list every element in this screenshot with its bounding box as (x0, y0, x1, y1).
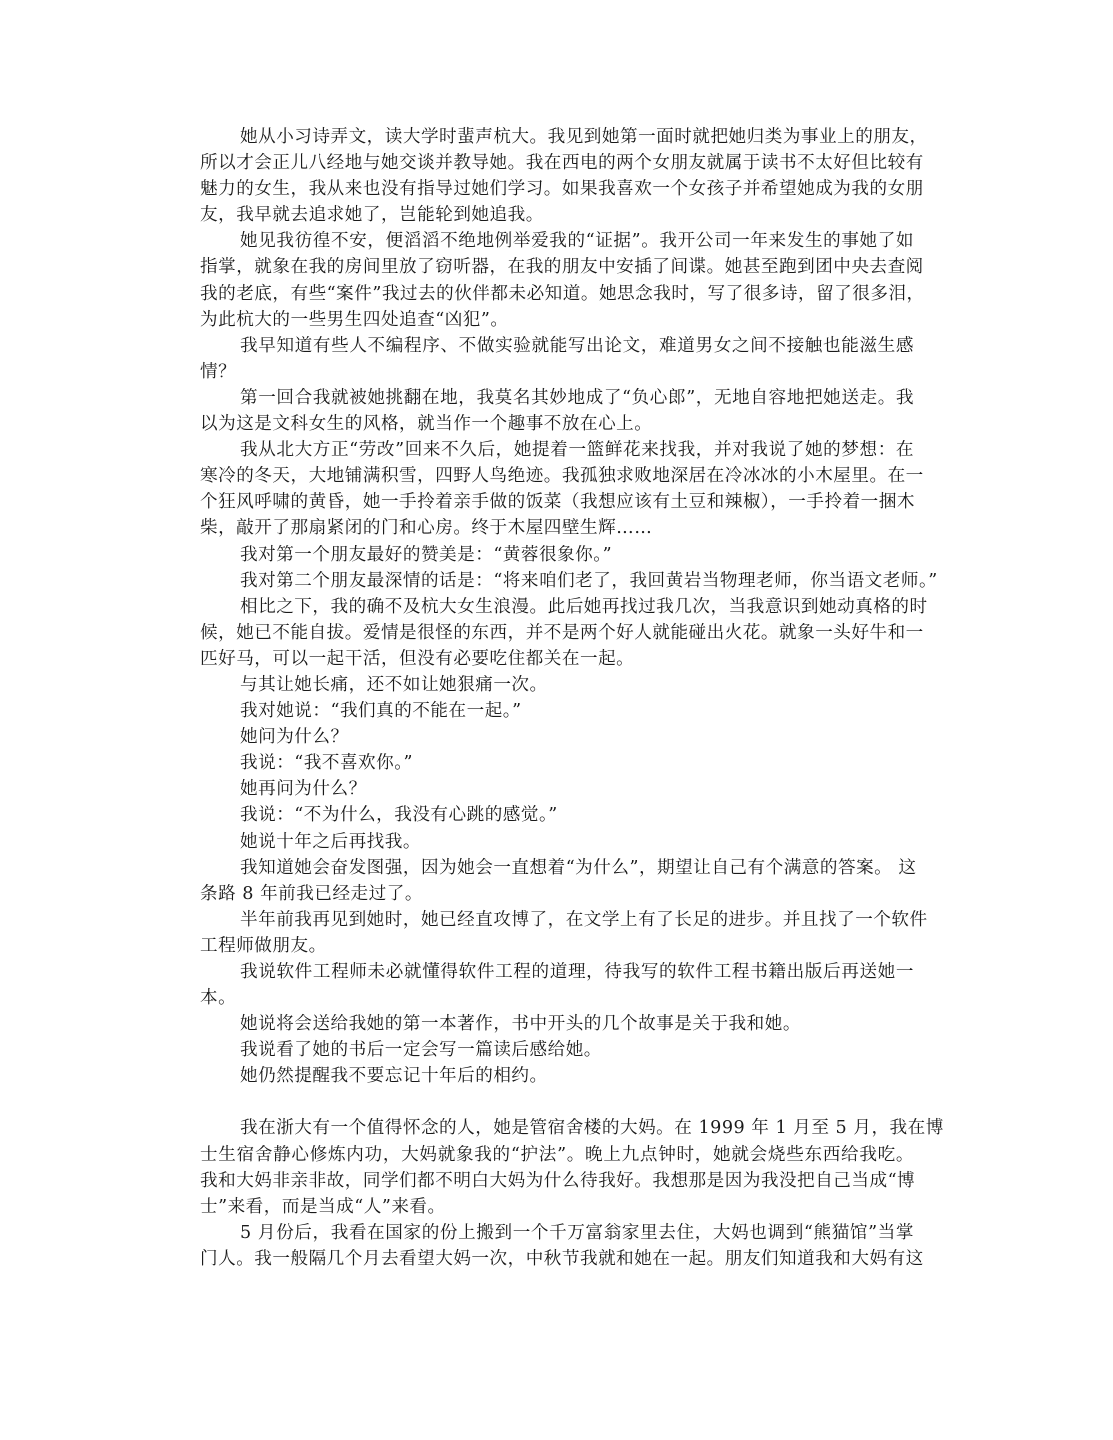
text-line: 我的老底，有些“案件”我过去的伙伴都未必知道。她思念我时，写了很多诗，留了很多泪… (200, 281, 914, 307)
paragraph: 我说软件工程师未必就懂得软件工程的道理，待我写的软件工程书籍出版后再送她一本。 (200, 959, 914, 1011)
text-line: 门人。我一般隔几个月去看望大妈一次，中秋节我就和她在一起。朋友们知道我和大妈有这 (200, 1246, 914, 1272)
text-line: 她再问为什么？ (200, 776, 914, 802)
paragraph: 我在浙大有一个值得怀念的人，她是管宿舍楼的大妈。在 1999 年 1 月至 5 … (200, 1115, 914, 1219)
text-line: 我说看了她的书后一定会写一篇读后感给她。 (200, 1037, 914, 1063)
text-line: 条路 8 年前我已经走过了。 (200, 881, 914, 907)
text-line: 我说：“不为什么，我没有心跳的感觉。” (200, 802, 914, 828)
text-line: 匹好马，可以一起干活，但没有必要吃住都关在一起。 (200, 646, 914, 672)
paragraph: 我从北大方正“劳改”回来不久后，她提着一篮鲜花来找我，并对我说了她的梦想：在寒冷… (200, 437, 914, 541)
text-line: 我对她说：“我们真的不能在一起。” (200, 698, 914, 724)
text-line: 第一回合我就被她挑翻在地，我莫名其妙地成了“负心郎”，无地自容地把她送走。我 (200, 385, 914, 411)
text-line: 我在浙大有一个值得怀念的人，她是管宿舍楼的大妈。在 1999 年 1 月至 5 … (200, 1115, 914, 1141)
text-line: 寒冷的冬天，大地铺满积雪，四野人鸟绝迹。我孤独求败地深居在冷冰冰的小木屋里。在一 (200, 463, 914, 489)
text-line: 我从北大方正“劳改”回来不久后，她提着一篮鲜花来找我，并对我说了她的梦想：在 (200, 437, 914, 463)
paragraph: 相比之下，我的确不及杭大女生浪漫。此后她再找过我几次，当我意识到她动真格的时候，… (200, 594, 914, 672)
paragraph: 第一回合我就被她挑翻在地，我莫名其妙地成了“负心郎”，无地自容地把她送走。我以为… (200, 385, 914, 437)
text-line: 工程师做朋友。 (200, 933, 914, 959)
text-line: 以为这是文科女生的风格，就当作一个趣事不放在心上。 (200, 411, 914, 437)
document-section: 她从小习诗弄文，读大学时蜚声杭大。我见到她第一面时就把她归类为事业上的朋友，所以… (200, 124, 914, 1089)
text-line: 我对第二个朋友最深情的话是：“将来咱们老了，我回黄岩当物理老师，你当语文老师。” (200, 568, 914, 594)
section-gap (200, 1089, 914, 1115)
paragraph: 我知道她会奋发图强，因为她会一直想着“为什么”，期望让自己有个满意的答案。 这条… (200, 855, 914, 907)
paragraph: 她问为什么？ (200, 724, 914, 750)
text-line: 她说十年之后再找我。 (200, 829, 914, 855)
text-line: 她问为什么？ (200, 724, 914, 750)
paragraph: 我早知道有些人不编程序、不做实验就能写出论文，难道男女之间不接触也能滋生感情？ (200, 333, 914, 385)
paragraph: 我说：“不为什么，我没有心跳的感觉。” (200, 802, 914, 828)
text-line: 我说软件工程师未必就懂得软件工程的道理，待我写的软件工程书籍出版后再送她一 (200, 959, 914, 985)
text-line: 5 月份后，我看在国家的份上搬到一个千万富翁家里去住，大妈也调到“熊猫馆”当掌 (200, 1220, 914, 1246)
text-line: 本。 (200, 985, 914, 1011)
text-line: 士”来看，而是当成“人”来看。 (200, 1194, 914, 1220)
text-line: 与其让她长痛，还不如让她狠痛一次。 (200, 672, 914, 698)
document-page: 她从小习诗弄文，读大学时蜚声杭大。我见到她第一面时就把她归类为事业上的朋友，所以… (200, 124, 914, 1272)
text-line: 候，她已不能自拔。爱情是很怪的东西，并不是两个好人就能碰出火花。就象一头好牛和一 (200, 620, 914, 646)
paragraph: 5 月份后，我看在国家的份上搬到一个千万富翁家里去住，大妈也调到“熊猫馆”当掌门… (200, 1220, 914, 1272)
paragraph: 她说将会送给我她的第一本著作，书中开头的几个故事是关于我和她。 (200, 1011, 914, 1037)
paragraph: 我说看了她的书后一定会写一篇读后感给她。 (200, 1037, 914, 1063)
paragraph: 她见我彷徨不安，便滔滔不绝地例举爱我的“证据”。我开公司一年来发生的事她了如指掌… (200, 228, 914, 332)
text-line: 为此杭大的一些男生四处追查“凶犯”。 (200, 307, 914, 333)
paragraph: 她从小习诗弄文，读大学时蜚声杭大。我见到她第一面时就把她归类为事业上的朋友，所以… (200, 124, 914, 228)
text-line: 我说：“我不喜欢你。” (200, 750, 914, 776)
text-line: 我知道她会奋发图强，因为她会一直想着“为什么”，期望让自己有个满意的答案。 这 (200, 855, 914, 881)
paragraph: 我对她说：“我们真的不能在一起。” (200, 698, 914, 724)
text-line: 情？ (200, 359, 914, 385)
text-line: 半年前我再见到她时，她已经直攻博了，在文学上有了长足的进步。并且找了一个软件 (200, 907, 914, 933)
paragraph: 她仍然提醒我不要忘记十年后的相约。 (200, 1063, 914, 1089)
text-line: 个狂风呼啸的黄昏，她一手拎着亲手做的饭菜（我想应该有土豆和辣椒），一手拎着一捆木 (200, 489, 914, 515)
paragraph: 她再问为什么？ (200, 776, 914, 802)
text-line: 士生宿舍静心修炼内功，大妈就象我的“护法”。晚上九点钟时，她就会烧些东西给我吃。 (200, 1142, 914, 1168)
text-line: 相比之下，我的确不及杭大女生浪漫。此后她再找过我几次，当我意识到她动真格的时 (200, 594, 914, 620)
text-line: 指掌，就象在我的房间里放了窃听器，在我的朋友中安插了间谍。她甚至跑到团中央去查阅 (200, 254, 914, 280)
paragraph: 半年前我再见到她时，她已经直攻博了，在文学上有了长足的进步。并且找了一个软件工程… (200, 907, 914, 959)
text-line: 魅力的女生，我从来也没有指导过她们学习。如果我喜欢一个女孩子并希望她成为我的女朋 (200, 176, 914, 202)
paragraph: 我说：“我不喜欢你。” (200, 750, 914, 776)
text-line: 我对第一个朋友最好的赞美是：“黄蓉很象你。” (200, 542, 914, 568)
text-line: 友，我早就去追求她了，岂能轮到她追我。 (200, 202, 914, 228)
text-line: 我和大妈非亲非故，同学们都不明白大妈为什么待我好。我想那是因为我没把自己当成“博 (200, 1168, 914, 1194)
text-line: 她从小习诗弄文，读大学时蜚声杭大。我见到她第一面时就把她归类为事业上的朋友， (200, 124, 914, 150)
text-line: 我早知道有些人不编程序、不做实验就能写出论文，难道男女之间不接触也能滋生感 (200, 333, 914, 359)
text-line: 她仍然提醒我不要忘记十年后的相约。 (200, 1063, 914, 1089)
text-line: 所以才会正儿八经地与她交谈并教导她。我在西电的两个女朋友就属于读书不太好但比较有 (200, 150, 914, 176)
paragraph: 与其让她长痛，还不如让她狠痛一次。 (200, 672, 914, 698)
paragraph: 我对第二个朋友最深情的话是：“将来咱们老了，我回黄岩当物理老师，你当语文老师。” (200, 568, 914, 594)
document-section: 我在浙大有一个值得怀念的人，她是管宿舍楼的大妈。在 1999 年 1 月至 5 … (200, 1115, 914, 1272)
text-line: 她见我彷徨不安，便滔滔不绝地例举爱我的“证据”。我开公司一年来发生的事她了如 (200, 228, 914, 254)
text-line: 柴，敲开了那扇紧闭的门和心房。终于木屋四壁生辉…… (200, 515, 914, 541)
text-line: 她说将会送给我她的第一本著作，书中开头的几个故事是关于我和她。 (200, 1011, 914, 1037)
paragraph: 我对第一个朋友最好的赞美是：“黄蓉很象你。” (200, 542, 914, 568)
paragraph: 她说十年之后再找我。 (200, 829, 914, 855)
